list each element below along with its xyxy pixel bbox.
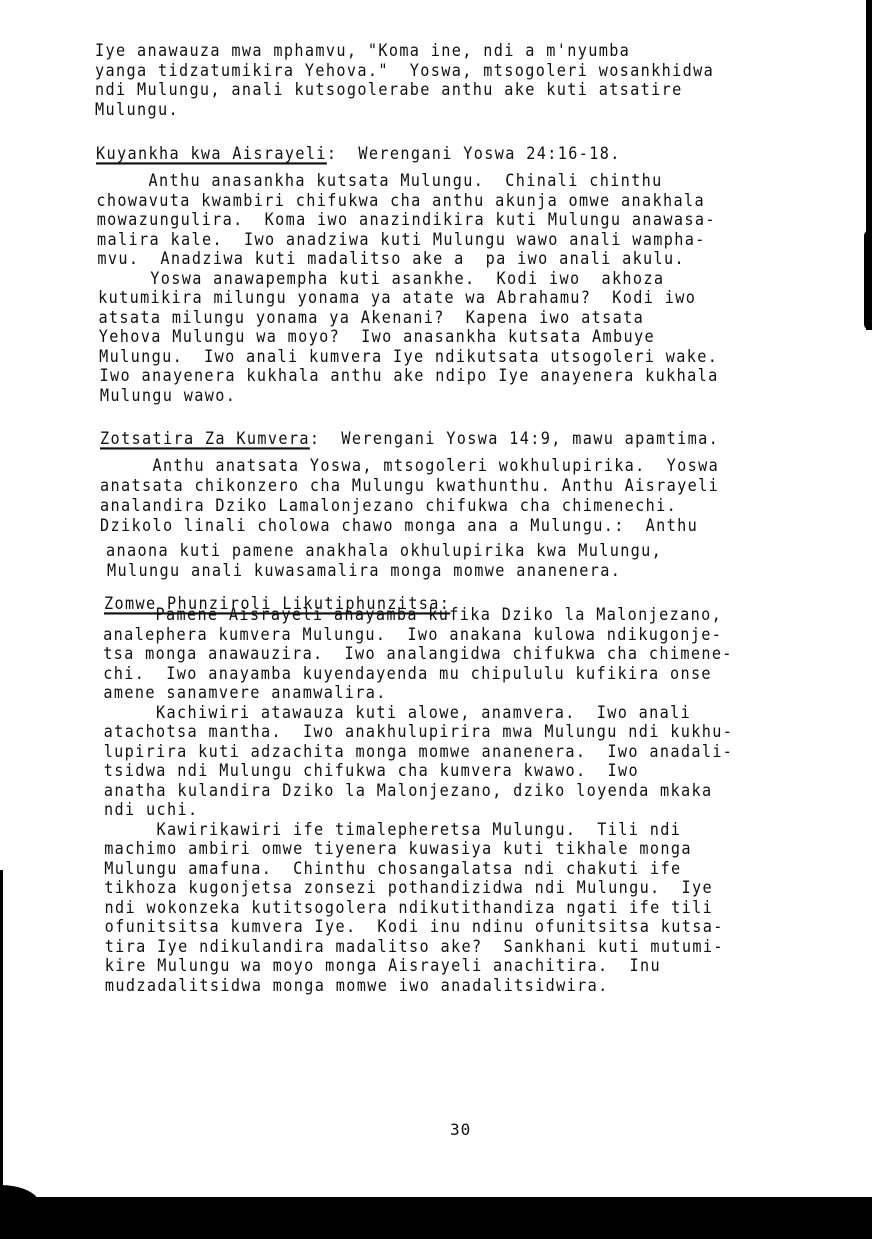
paragraph-line: Mulungu. — [95, 100, 179, 121]
paragraph-line: ndi wokonzeka kutitsogolera ndikutithand… — [105, 898, 714, 919]
paragraph-line: tsidwa ndi Mulungu chifukwa cha kumvera … — [104, 761, 639, 782]
paragraph-line: Anthu anasankha kutsata Mulungu. Chinali… — [96, 171, 663, 192]
paragraph-line: atsata milungu yonama ya Akenani? Kapena… — [98, 308, 644, 329]
paragraph-line: Anthu anatsata Yoswa, mtsogoleri wokhulu… — [100, 456, 719, 477]
scan-edge-left — [0, 870, 3, 1190]
paragraph-line: Kachiwiri atawauza kuti alowe, anamvera.… — [104, 703, 692, 724]
paragraph-line: Dzikolo linali cholowa chawo monga ana a… — [100, 516, 698, 537]
scanned-page: Iye anawauza mwa mphamvu, "Koma ine, ndi… — [0, 0, 872, 1239]
paragraph-line: tikhoza kugonjetsa zonsezi pothandizidwa… — [104, 878, 713, 899]
paragraph-line: Iye anawauza mwa mphamvu, "Koma ine, ndi… — [95, 41, 630, 62]
section-heading-title: Kuyankha kwa Aisrayeli — [96, 144, 327, 163]
section-heading-reference: : Werengani Yoswa 24:16-18. — [327, 144, 621, 163]
paragraph-line: mowazungulira. Koma iwo anazindikira kut… — [97, 210, 716, 231]
paragraph-line: atachotsa mantha. Iwo anakhulupirira mwa… — [104, 722, 734, 743]
paragraph-line: Iwo anayenera kukhala anthu ake ndipo Iy… — [100, 366, 719, 387]
scan-bottom-border — [0, 1197, 872, 1239]
paragraph-line: chowavuta kwambiri chifukwa cha anthu ak… — [96, 191, 705, 212]
page-number: 30 — [450, 1120, 471, 1139]
paragraph-line: lupirira kuti adzachita monga momwe anan… — [104, 742, 734, 763]
paragraph-line: Mulungu anali kuwasamalira monga momwe a… — [107, 561, 621, 582]
paragraph-line: tsa monga anawauzira. Iwo analangidwa ch… — [103, 644, 733, 665]
paragraph-line: Mulungu amafuna. Chinthu chosangalatsa n… — [104, 859, 681, 880]
paragraph-line: Mulungu. Iwo anali kumvera Iye ndikutsat… — [99, 347, 718, 368]
paragraph-line: analephera kumvera Mulungu. Iwo anakana … — [103, 625, 722, 646]
paragraph-line: mudzadalitsidwa monga momwe iwo anadalit… — [105, 976, 609, 997]
paragraph-line: kutumikira milungu yonama ya atate wa Ab… — [98, 288, 696, 309]
paragraph-line: mvu. Anadziwa kuti madalitso ake a pa iw… — [97, 249, 685, 270]
paragraph-line: Pamene Aisrayeli anayamba kufika Dziko l… — [103, 605, 722, 626]
paragraph-line: kire Mulungu wa moyo monga Aisrayeli ana… — [105, 956, 661, 977]
section-heading: Kuyankha kwa Aisrayeli: Werengani Yoswa … — [96, 144, 621, 165]
paragraph-line: anaona kuti pamene anakhala okhulupirika… — [106, 541, 662, 562]
paragraph-line: malira kale. Iwo anadziwa kuti Mulungu w… — [97, 230, 706, 251]
section-heading: Zotsatira Za Kumvera: Werengani Yoswa 14… — [100, 429, 719, 450]
paragraph-line: analandira Dziko Lamalonjezano chifukwa … — [100, 496, 677, 517]
paragraph-line: chi. Iwo anayamba kuyendayenda mu chipul… — [103, 664, 712, 685]
scan-edge-right-shadow — [864, 230, 872, 330]
paragraph-line: amene sanamvere anamwalira. — [103, 683, 386, 704]
paragraph-line: machimo ambiri omwe tiyenera kuwasiya ku… — [104, 839, 692, 860]
section-heading-reference: : Werengani Yoswa 14:9, mawu apamtima. — [310, 429, 719, 448]
paragraph-line: anatsata chikonzero cha Mulungu kwathunt… — [100, 476, 719, 497]
paragraph-line: anatha kulandira Dziko la Malonjezano, d… — [104, 781, 713, 802]
paragraph-line: yanga tidzatumikira Yehova." Yoswa, mtso… — [95, 61, 714, 82]
paragraph-line: Mulungu wawo. — [100, 386, 236, 407]
paragraph-line: ndi uchi. — [104, 800, 198, 821]
section-heading-title: Zotsatira Za Kumvera — [100, 429, 310, 448]
paragraph-line: Yoswa anawapempha kuti asankhe. Kodi iwo… — [98, 269, 665, 290]
paragraph-line: Kawirikawiri ife timalepheretsa Mulungu.… — [104, 820, 681, 841]
paragraph-line: ofunitsitsa kumvera Iye. Kodi inu ndinu … — [105, 917, 724, 938]
paragraph-line: Yehova Mulungu wa moyo? Iwo anasankha ku… — [99, 327, 655, 348]
paragraph-line: ndi Mulungu, anali kutsogolerabe anthu a… — [95, 80, 683, 101]
paragraph-line: tira Iye ndikulandira madalitso ake? San… — [105, 937, 724, 958]
